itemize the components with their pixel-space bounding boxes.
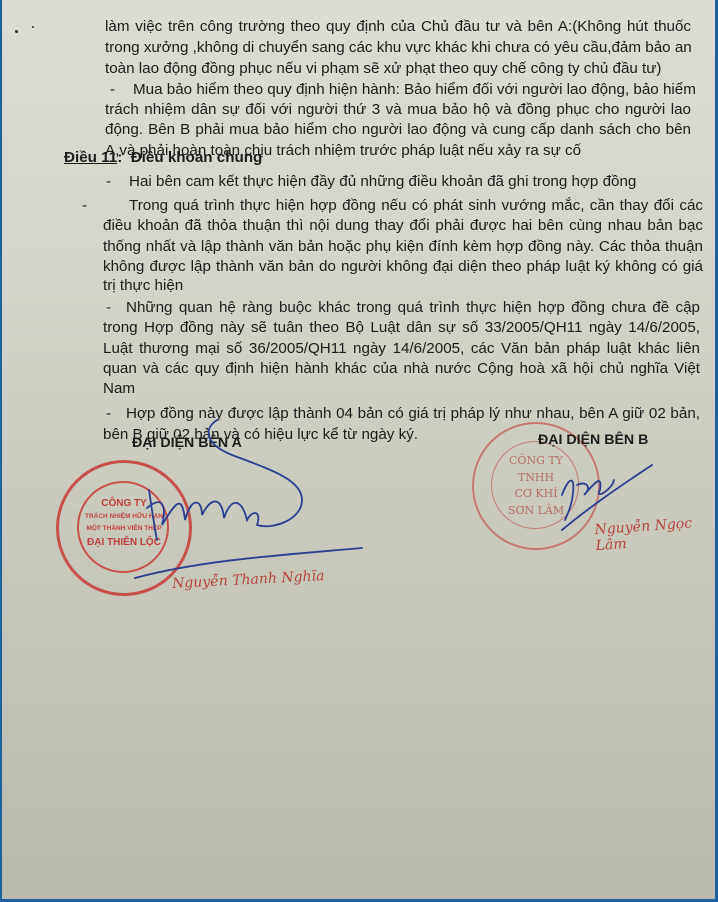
party-a-signature-icon [135, 420, 362, 578]
handwritten-signatures [2, 0, 715, 899]
party-b-signature-icon [562, 465, 652, 530]
scanned-page: làm việc trên công trường theo quy định … [2, 0, 715, 899]
